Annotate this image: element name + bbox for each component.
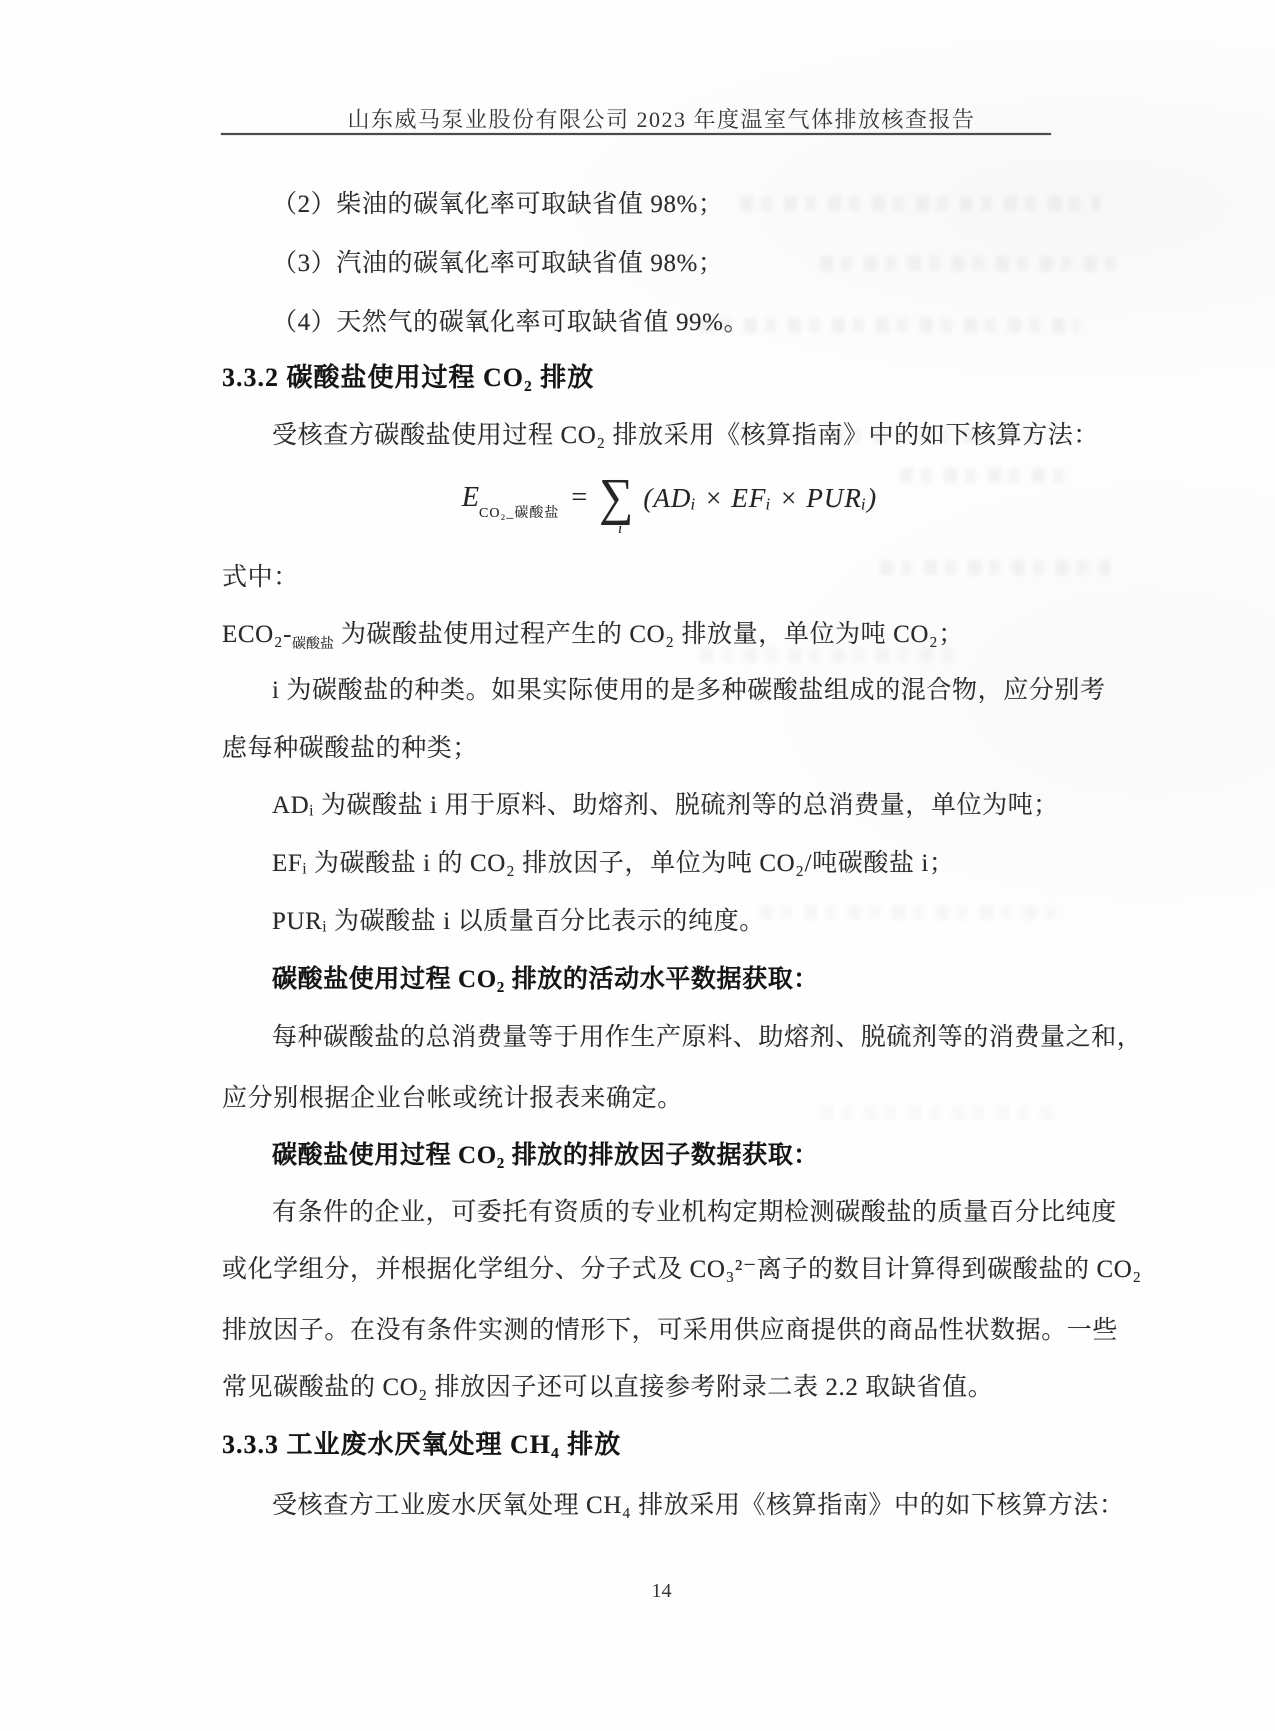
bleedthrough-artifact xyxy=(820,1105,1060,1120)
bleedthrough-artifact xyxy=(700,318,1080,333)
formula-where-label: 式中： xyxy=(222,557,299,593)
emission-factor-line-2: 或化学组分，并根据化学组分、分子式及 CO₃²⁻离子的数目计算得到碳酸盐的 CO… xyxy=(222,1249,1142,1285)
formula-sum-symbol: ∑ i xyxy=(599,474,633,522)
formula-rhs: (ADᵢ × EFᵢ × PURᵢ) xyxy=(643,483,877,514)
section-3-3-2-intro: 受核查方碳酸盐使用过程 CO₂ 排放采用《核算指南》中的如下核算方法： xyxy=(272,415,1099,451)
list-item-3: （3）汽油的碳氧化率可取缺省值 98%； xyxy=(272,243,724,279)
formula-sum-index: i xyxy=(618,521,622,538)
header-rule xyxy=(221,133,1051,135)
emission-factor-line-3: 排放因子。在没有条件实测的情形下，可采用供应商提供的商品性状数据。一些 xyxy=(222,1310,1118,1346)
activity-data-line-2: 应分别根据企业台帐或统计报表来确定。 xyxy=(222,1078,683,1114)
definition-i-line-1: i 为碳酸盐的种类。如果实际使用的是多种碳酸盐组成的混合物，应分别考 xyxy=(272,670,1106,706)
bleedthrough-artifact xyxy=(880,560,1110,575)
formula-carbonate-co2: ECO₂_碳酸盐 = ∑ i (ADᵢ × EFᵢ × PURᵢ) xyxy=(32,456,1275,540)
activity-data-line-1: 每种碳酸盐的总消费量等于用作生产原料、助熔剂、脱硫剂等的消费量之和， xyxy=(272,1017,1142,1053)
definition-ef: EFᵢ 为碳酸盐 i 的 CO₂ 排放因子，单位为吨 CO₂/吨碳酸盐 i； xyxy=(272,843,955,879)
list-item-4: （4）天然气的碳氧化率可取缺省值 99%。 xyxy=(272,302,749,338)
bleedthrough-artifact xyxy=(700,648,960,663)
bleedthrough-artifact xyxy=(760,905,1060,920)
formula-lhs-subscript: CO₂_碳酸盐 xyxy=(479,506,559,521)
emission-factor-heading: 碳酸盐使用过程 CO₂ 排放的排放因子数据获取： xyxy=(272,1135,819,1171)
definition-pur: PURᵢ 为碳酸盐 i 以质量百分比表示的纯度。 xyxy=(272,901,765,937)
bleedthrough-artifact xyxy=(820,256,1120,271)
definition-e-co2: ECO₂-碳酸盐 为碳酸盐使用过程产生的 CO₂ 排放量，单位为吨 CO₂； xyxy=(222,614,964,650)
section-3-3-3-intro: 受核查方工业废水厌氧处理 CH₄ 排放采用《核算指南》中的如下核算方法： xyxy=(272,1485,1125,1521)
page-header-title: 山东威马泵业股份有限公司 2023 年度温室气体排放核查报告 xyxy=(48,103,1275,134)
formula-lhs: ECO₂_碳酸盐 xyxy=(462,482,559,514)
list-item-2: （2）柴油的碳氧化率可取缺省值 98%； xyxy=(272,184,724,220)
section-3-3-2-heading: 3.3.2 碳酸盐使用过程 CO₂ 排放 xyxy=(222,357,594,394)
section-3-3-3-heading: 3.3.3 工业废水厌氧处理 CH₄ 排放 xyxy=(222,1424,621,1461)
def-e-rest: 为碳酸盐使用过程产生的 CO₂ 排放量，单位为吨 CO₂； xyxy=(341,621,964,648)
page-number: 14 xyxy=(48,1580,1275,1603)
definition-ad: ADᵢ 为碳酸盐 i 用于原料、助熔剂、脱硫剂等的总消费量，单位为吨； xyxy=(272,785,1059,821)
document-page: 山东威马泵业股份有限公司 2023 年度温室气体排放核查报告 （2）柴油的碳氧化… xyxy=(0,0,1275,1731)
definition-i-line-2: 虑每种碳酸盐的种类； xyxy=(222,728,478,764)
emission-factor-line-1: 有条件的企业，可委托有资质的专业机构定期检测碳酸盐的质量百分比纯度 xyxy=(272,1192,1117,1228)
def-e-pre: ECO₂- xyxy=(222,621,292,648)
formula-equals-sign: = xyxy=(571,482,587,514)
emission-factor-line-4: 常见碳酸盐的 CO₂ 排放因子还可以直接参考附录二表 2.2 取缺省值。 xyxy=(222,1367,993,1403)
activity-data-heading: 碳酸盐使用过程 CO₂ 排放的活动水平数据获取： xyxy=(272,959,819,995)
def-e-subscript: 碳酸盐 xyxy=(292,637,334,652)
bleedthrough-artifact xyxy=(740,196,1100,211)
